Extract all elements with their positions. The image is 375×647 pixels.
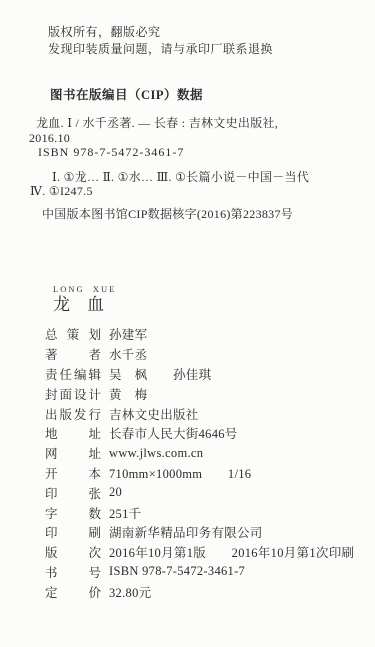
colophon-row-value: 251千 — [109, 504, 141, 522]
colophon-row-label: 开本 — [45, 464, 101, 482]
colophon-row: 字数 251千 — [45, 503, 365, 523]
colophon-row-value: 吉林文史出版社 — [109, 405, 199, 423]
colophon-row-value: 20 — [109, 485, 122, 500]
colophon-row-value: 孙建军 — [109, 325, 147, 343]
colophon-row-value: 吴 枫 孙佳琪 — [109, 365, 211, 383]
colophon-row-value: ISBN 978-7-5472-3461-7 — [109, 564, 245, 579]
colophon-row: 地址 长春市人民大街4646号 — [45, 423, 365, 443]
cip-entry: 龙血. Ⅰ / 水千丞著. — 长春 : 吉林文史出版社, 2016.10 IS… — [29, 116, 365, 160]
colophon-row-label: 印刷 — [45, 523, 101, 541]
copyright-notice-line-2: 发现印装质量问题，请与承印厂联系退换 — [48, 41, 365, 58]
copyright-notice: 版权所有，翻版必究 发现印装质量问题，请与承印厂联系退换 — [48, 24, 365, 58]
colophon-row-value: 水千丞 — [109, 345, 147, 363]
book-copyright-page: 版权所有，翻版必究 发现印装质量问题，请与承印厂联系退换 图书在版编目（CIP）… — [0, 0, 375, 647]
colophon-row: 版次 2016年10月第1版 2016年10月第1次印刷 — [45, 542, 365, 562]
colophon-row: 著者 水千丞 — [45, 344, 365, 364]
colophon-row: 印张 20 — [45, 483, 365, 503]
colophon-row: 封面设计 黄 梅 — [45, 384, 365, 404]
cip-heading: 图书在版编目（CIP）数据 — [50, 88, 365, 102]
book-title-pinyin: LONG XUE — [53, 284, 365, 294]
colophon-row: 总策划 孙建军 — [45, 325, 365, 345]
cip-classification-line-1: Ⅰ. ①龙… Ⅱ. ①水… Ⅲ. ①长篇小说－中国－当代 — [52, 170, 365, 185]
colophon-row-value: 32.80元 — [109, 583, 151, 601]
colophon-row: 书号 ISBN 978-7-5472-3461-7 — [45, 562, 365, 582]
colophon-row-label: 责任编辑 — [45, 365, 101, 383]
colophon-row-value: 长春市人民大街4646号 — [109, 424, 238, 442]
colophon-row-label: 印张 — [45, 484, 101, 502]
colophon-row-label: 版次 — [45, 543, 101, 561]
cip-entry-line-2: 2016.10 — [29, 131, 365, 146]
page-content: 版权所有，翻版必究 发现印装质量问题，请与承印厂联系退换 图书在版编目（CIP）… — [0, 0, 375, 602]
colophon-row-label: 封面设计 — [45, 385, 101, 403]
colophon-row-value: 710mm×1000mm 1/16 — [109, 464, 251, 482]
cip-isbn-line: ISBN 978-7-5472-3461-7 — [38, 145, 365, 160]
book-title: 龙 血 — [53, 296, 365, 314]
colophon-row-label: 著者 — [45, 345, 101, 363]
colophon-row-value: 2016年10月第1版 2016年10月第1次印刷 — [109, 543, 354, 561]
cip-record-number: 中国版本图书馆CIP数据核字(2016)第223837号 — [42, 207, 365, 221]
colophon-row-label: 地址 — [45, 424, 101, 442]
colophon-row-label: 定价 — [45, 583, 101, 601]
colophon-row: 印刷 湖南新华精品印务有限公司 — [45, 522, 365, 542]
colophon-row-label: 总策划 — [45, 325, 101, 343]
copyright-notice-line-1: 版权所有，翻版必究 — [48, 24, 365, 41]
cip-classification-line-2: Ⅳ. ①I247.5 — [30, 184, 365, 199]
colophon-row-value: www.jlws.com.cn — [109, 446, 203, 461]
colophon-row-label: 书号 — [45, 563, 101, 581]
colophon-row: 责任编辑 吴 枫 孙佳琪 — [45, 364, 365, 384]
colophon-row-value: 湖南新华精品印务有限公司 — [109, 523, 263, 541]
cip-classification: Ⅰ. ①龙… Ⅱ. ①水… Ⅲ. ①长篇小说－中国－当代 Ⅳ. ①I247.5 — [29, 170, 365, 199]
colophon-row: 定价 32.80元 — [45, 582, 365, 602]
colophon-row: 出版发行 吉林文史出版社 — [45, 404, 365, 424]
colophon-table: 总策划 孙建军 著者 水千丞 责任编辑 吴 枫 孙佳琪 封面设计 黄 梅 出版发… — [45, 325, 365, 602]
colophon-row-value: 黄 梅 — [109, 385, 147, 403]
colophon-row-label: 网址 — [45, 444, 101, 462]
cip-entry-line-1: 龙血. Ⅰ / 水千丞著. — 长春 : 吉林文史出版社, — [36, 116, 365, 131]
colophon-row: 开本 710mm×1000mm 1/16 — [45, 463, 365, 483]
colophon-row: 网址 www.jlws.com.cn — [45, 443, 365, 463]
title-block: LONG XUE 龙 血 — [53, 284, 365, 314]
colophon-row-label: 出版发行 — [45, 405, 101, 423]
colophon-row-label: 字数 — [45, 504, 101, 522]
